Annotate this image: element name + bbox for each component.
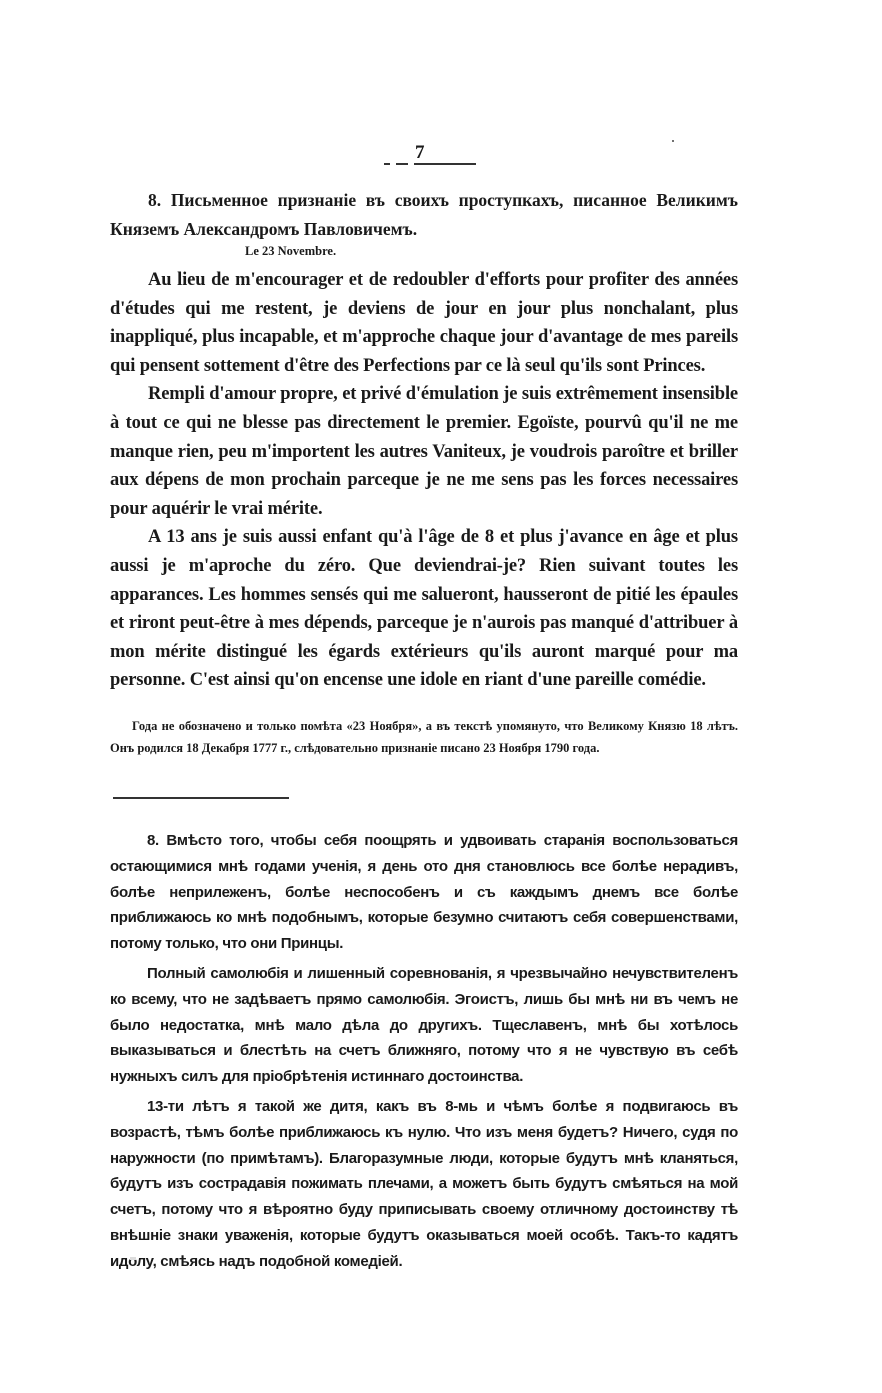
footnote-divider [113,797,289,799]
scan-speck [130,1257,136,1260]
printing-speck [672,140,674,142]
russian-paragraph: 8. Вмѣсто того, чтобы себя поощрять и уд… [110,828,738,957]
russian-paragraph: 13-ти лѣтъ я такой же дитя, какъ въ 8-мь… [110,1094,738,1275]
french-paragraph: Au lieu de m'encourager et de redoubler … [110,266,738,380]
header-rule [384,163,476,165]
french-paragraph: A 13 ans je suis aussi enfant qu'à l'âge… [110,523,738,695]
french-text: Au lieu de m'encourager et de redoubler … [110,266,738,695]
russian-translation: 8. Вмѣсто того, чтобы себя поощрять и уд… [110,828,738,1279]
editor-note: Года не обозначено и только помѣта «23 Н… [110,715,738,759]
russian-paragraph: Полный самолюбія и лишенный соревнованія… [110,961,738,1090]
section-title: 8. Письменное признаніе въ своихъ просту… [110,186,738,244]
editor-note-text: Года не обозначено и только помѣта «23 Н… [110,715,738,759]
dateline: Le 23 Novembre. [245,244,336,259]
section-title-text: 8. Письменное признаніе въ своихъ просту… [110,186,738,244]
page-number: 7 [415,142,425,164]
french-paragraph: Rempli d'amour propre, et privé d'émulat… [110,380,738,523]
